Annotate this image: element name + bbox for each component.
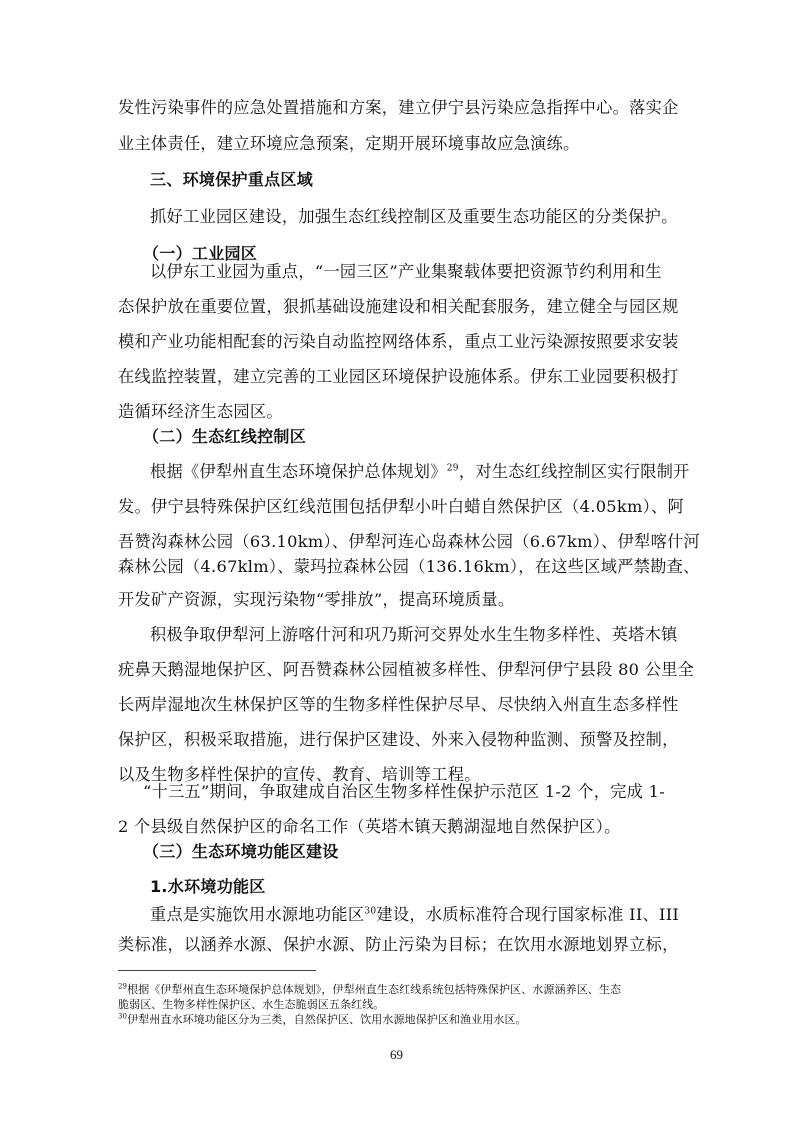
body-text-line: 态保护放在重要位置，狠抓基础设施建设和相关配套服务，建立健全与园区规 [118,297,679,317]
subsection-heading: （二）生态红线控制区 [143,427,306,447]
section-heading: 三、环境保护重点区域 [150,170,313,190]
page-number: 69 [0,1047,793,1063]
footnote-text: 根据《伊犁州直生态环境保护总体规划》，伊犁州直生态红线系统包括特殊保护区、水源涵… [127,983,621,996]
body-text-line: 以伊东工业园为重点，“一园三区”产业集聚载体要把资源节约利用和生 [150,262,662,282]
body-text-line: 2 个县级自然保护区的命名工作（英塔木镇天鹅湖湿地自然保护区）。 [118,817,621,837]
subsection-heading: （一）工业园区 [143,244,257,264]
body-text-line: 吾赞沟森林公园（63.10km）、伊犁河连心岛森林公园（6.67km）、伊犁喀什… [118,532,700,552]
body-text-line: 开发矿产资源，实现污染物“零排放”，提高环境质量。 [118,590,514,610]
body-text-line: 发。伊宁县特殊保护区红线范围包括伊犁小叶白蜡自然保护区（4.05km）、阿 [118,497,684,517]
footnote-30: 30伊犁州直水环境功能区分为三类，自然保护区、饮用水源地保护区和渔业用水区。 [118,1012,527,1027]
body-text-line: “十三五”期间，争取建成自治区生物多样性保护示范区 1-2 个，完成 1- [143,782,665,802]
footnote-number: 30 [118,1012,127,1020]
body-text-segment: 建设，水质标准符合现行国家标准 II、III [376,905,679,924]
document-page: 发性污染事件的应急处置措施和方案，建立伊宁县污染应急指挥中心。落实企 业主体责任… [0,0,793,1122]
body-text-line: 森林公园（4.67klm）、蒙玛拉森林公园（136.16km），在这些区域严禁勘… [118,557,700,577]
footnote-29: 29根据《伊犁州直生态环境保护总体规划》，伊犁州直生态红线系统包括特殊保护区、水… [118,982,621,997]
body-text-line: 重点是实施饮用水源地功能区30建设，水质标准符合现行国家标准 II、III [150,905,679,925]
footnote-29-continued: 脆弱区、生物多样性保护区、水生态脆弱区五条红线。 [118,997,384,1012]
body-text-line: 类标准，以涵养水源、保护水源、防止污染为目标；在饮用水源地划界立标， [118,935,679,955]
body-text-line: 在线监控装置，建立完善的工业园区环境保护设施体系。伊东工业园要积极打 [118,367,679,387]
body-text-segment: 重点是实施饮用水源地功能区 [150,905,364,924]
body-text-line: 模和产业功能相配套的污染自动监控网络体系，重点工业污染源按照要求安装 [118,332,679,352]
footnote-number: 29 [118,982,127,990]
footnote-text: 伊犁州直水环境功能区分为三类，自然保护区、饮用水源地保护区和渔业用水区。 [127,1013,527,1026]
footnote-ref-29[interactable]: 29 [447,464,459,474]
body-text-line: 积极争取伊犁河上游喀什河和巩乃斯河交界处水生生物多样性、英塔木镇 [150,625,678,645]
body-text-line: 根据《伊犁州直生态环境保护总体规划》29，对生态红线控制区实行限制开 [150,462,690,482]
body-text-line: 长两岸湿地次生林保护区等的生物多样性保护尽早、尽快纳入州直生态多样性 [118,695,679,715]
subsubsection-heading: 1.水环境功能区 [150,877,266,897]
body-text-line: 发性污染事件的应急处置措施和方案，建立伊宁县污染应急指挥中心。落实企 [118,98,679,118]
footnote-separator [118,970,316,971]
body-text-line: 疣鼻天鹅湿地保护区、阿吾赞森林公园植被多样性、伊犁河伊宁县段 80 公里全 [118,660,694,680]
body-text-line: 保护区，积极采取措施，进行保护区建设、外来入侵物种监测、预警及控制， [118,730,679,750]
subsection-heading: （三）生态环境功能区建设 [143,842,339,862]
body-text-line: 造循环经济生态园区。 [118,402,283,422]
footnote-ref-30[interactable]: 30 [364,907,376,917]
body-text-line: 业主体责任，建立环境应急预案，定期开展环境事故应急演练。 [118,134,580,154]
body-text-line: 抓好工业园区建设，加强生态红线控制区及重要生态功能区的分类保护。 [150,207,678,227]
body-text-segment: ，对生态红线控制区实行限制开 [459,462,690,481]
body-text-segment: 根据《伊犁州直生态环境保护总体规划》 [150,462,447,481]
